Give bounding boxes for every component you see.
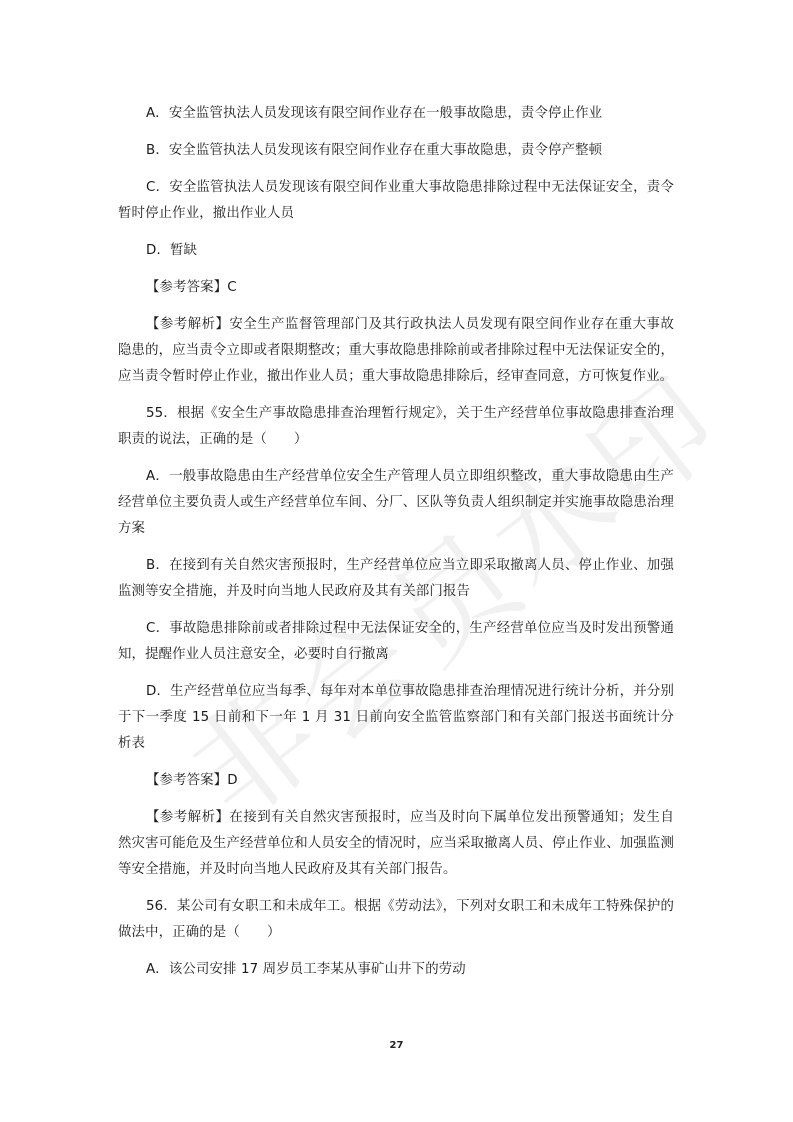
analysis-q54: 【参考解析】安全生产监督管理部门及其行政执法人员发现有限空间作业存在重大事故隐患… [118,312,674,390]
analysis-q55: 【参考解析】在接到有关自然灾害预报时，应当及时向下属单位发出预警通知；发生自然灾… [118,805,674,883]
question-55: 55．根据《安全生产事故隐患排查治理暂行规定》，关于生产经营单位事故隐患排查治理… [118,401,674,453]
answer-q54: 【参考答案】C [118,275,674,301]
option-c-q55: C．事故隐患排除前或者排除过程中无法保证安全的，生产经营单位应当及时发出预警通知… [118,616,674,668]
question-56: 56．某公司有女职工和未成年工。根据《劳动法》，下列对女职工和未成年工特殊保护的… [118,894,674,946]
option-c-q54: C．安全监管执法人员发现该有限空间作业重大事故隐患排除过程中无法保证安全，责令暂… [118,175,674,227]
option-a-q55: A．一般事故隐患由生产经营单位安全生产管理人员立即组织整改，重大事故隐患由生产经… [118,464,674,542]
option-b-q54: B．安全监管执法人员发现该有限空间作业存在重大事故隐患，责令停产整顿 [118,138,674,164]
answer-q55: 【参考答案】D [118,768,674,794]
option-a-q54: A．安全监管执法人员发现该有限空间作业存在一般事故隐患，责令停止作业 [118,101,674,127]
option-d-q54: D．暂缺 [118,238,674,264]
option-b-q55: B．在接到有关自然灾害预报时，生产经营单位应当立即采取撤离人员、停止作业、加强监… [118,553,674,605]
document-page: 非会员水印 A．安全监管执法人员发现该有限空间作业存在一般事故隐患，责令停止作业… [0,0,793,1122]
page-number: 27 [0,1040,793,1051]
option-d-q55: D．生产经营单位应当每季、每年对本单位事故隐患排查治理情况进行统计分析，并分别于… [118,679,674,757]
option-a-q56: A．该公司安排 17 周岁员工李某从事矿山井下的劳动 [118,957,674,983]
page-content: A．安全监管执法人员发现该有限空间作业存在一般事故隐患，责令停止作业 B．安全监… [118,101,674,994]
